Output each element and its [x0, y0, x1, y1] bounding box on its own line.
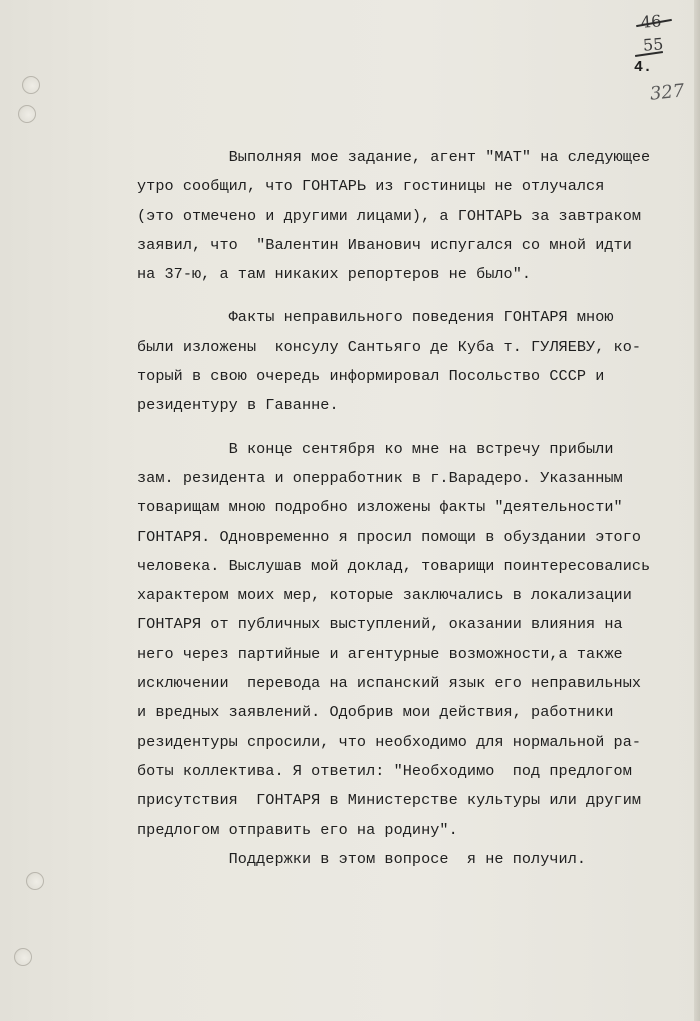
text-line: зам. резидента и оперработник в г.Вараде…: [137, 464, 692, 493]
binding-hole: [26, 872, 44, 890]
strikethrough-mark: [635, 51, 663, 57]
text-line: заявил, что "Валентин Иванович испугался…: [137, 231, 692, 260]
text-line: и вредных заявлений. Одобрив мои действи…: [137, 698, 692, 727]
document-page: 46 55 4. 327 Выполняя мое задание, агент…: [0, 0, 700, 1021]
text-line: ГОНТАРЯ от публичных выступлений, оказан…: [137, 610, 692, 639]
text-line: товарищам мною подробно изложены факты "…: [137, 493, 692, 522]
paragraph: Поддержки в этом вопросе я не получил.: [137, 845, 692, 874]
archive-sheet-number: 327: [649, 80, 685, 104]
paragraph: Выполняя мое задание, агент "МАТ" на сле…: [137, 143, 692, 289]
page-number: 4.: [634, 59, 652, 76]
text-line: него через партийные и агентурные возмож…: [137, 640, 692, 669]
text-line: предлогом отправить его на родину".: [137, 816, 692, 845]
text-line: В конце сентября ко мне на встречу прибы…: [137, 435, 692, 464]
binding-hole: [18, 105, 36, 123]
text-line: на 37-ю, а там никаких репортеров не был…: [137, 260, 692, 289]
text-line: Поддержки в этом вопросе я не получил.: [137, 845, 692, 874]
paragraph: В конце сентября ко мне на встречу прибы…: [137, 435, 692, 845]
text-line: Выполняя мое задание, агент "МАТ" на сле…: [137, 143, 692, 172]
text-line: ГОНТАРЯ. Одновременно я просил помощи в …: [137, 523, 692, 552]
binding-hole: [14, 948, 32, 966]
text-line: (это отмечено и другими лицами), а ГОНТА…: [137, 202, 692, 231]
page-edge: [694, 0, 700, 1021]
binding-hole: [22, 76, 40, 94]
document-body: Выполняя мое задание, агент "МАТ" на сле…: [137, 143, 692, 874]
text-line: были изложены консулу Сантьяго де Куба т…: [137, 333, 692, 362]
text-line: исключении перевода на испанский язык ег…: [137, 669, 692, 698]
text-line: резидентуры спросили, что необходимо для…: [137, 728, 692, 757]
text-line: присутствия ГОНТАРЯ в Министерстве культ…: [137, 786, 692, 815]
text-line: Факты неправильного поведения ГОНТАРЯ мн…: [137, 303, 692, 332]
text-line: резидентуру в Гаванне.: [137, 391, 692, 420]
paragraph: Факты неправильного поведения ГОНТАРЯ мн…: [137, 303, 692, 420]
text-line: торый в свою очередь информировал Посоль…: [137, 362, 692, 391]
text-line: человека. Выслушав мой доклад, товарищи …: [137, 552, 692, 581]
text-line: утро сообщил, что ГОНТАРЬ из гостиницы н…: [137, 172, 692, 201]
text-line: боты коллектива. Я ответил: "Необходимо …: [137, 757, 692, 786]
text-line: характером моих мер, которые заключались…: [137, 581, 692, 610]
